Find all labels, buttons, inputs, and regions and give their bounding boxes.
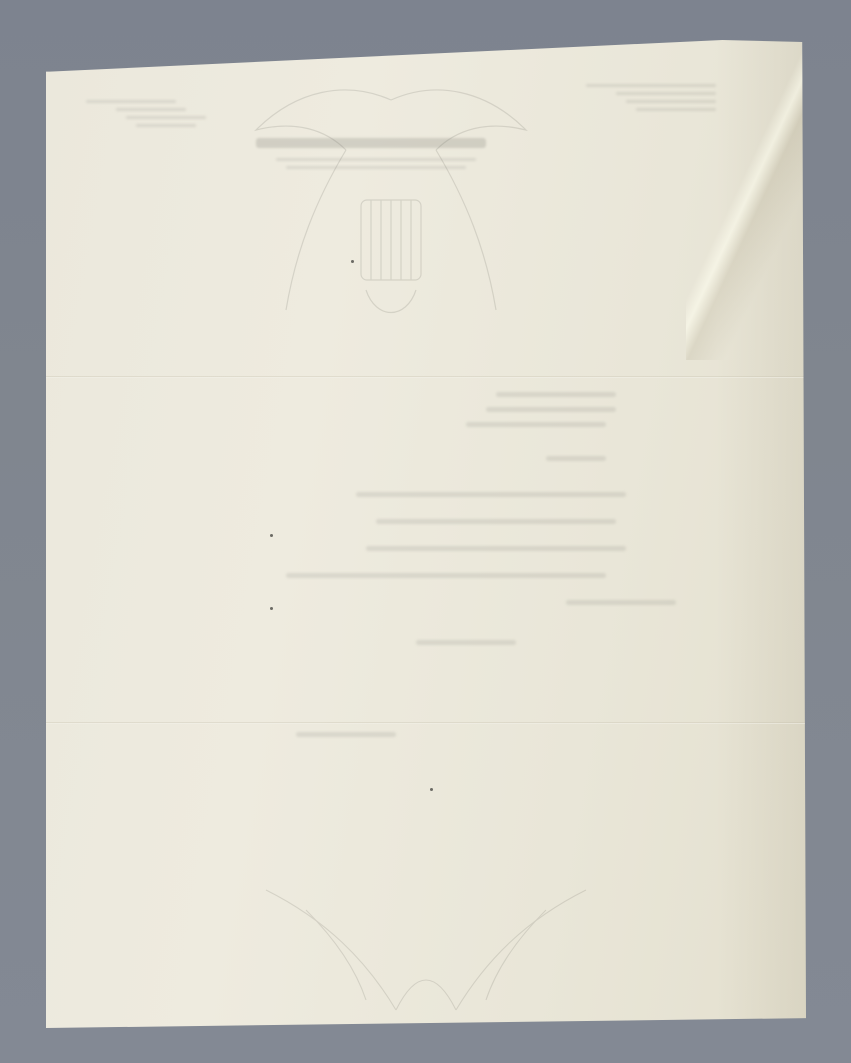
eagle-seal-icon: [226, 60, 556, 360]
ink-dot: [351, 260, 354, 263]
signature-text: [296, 732, 416, 747]
letter-sheet: [46, 40, 806, 1028]
ink-dot: [430, 788, 433, 791]
letterhead-text-block: [256, 138, 486, 174]
fold-line-upper: [46, 376, 806, 378]
address-text-block: [466, 392, 616, 437]
ink-dot: [270, 607, 273, 610]
letter-body-text-block: [276, 492, 656, 615]
right-header-text-block: [586, 84, 726, 116]
closing-text: [416, 640, 526, 655]
eagle-seal-bottom-icon: [246, 820, 606, 1020]
ink-dot: [270, 534, 273, 537]
salutation-text: [546, 456, 616, 471]
fold-line-lower: [46, 722, 806, 724]
left-header-text-block: [86, 100, 206, 132]
